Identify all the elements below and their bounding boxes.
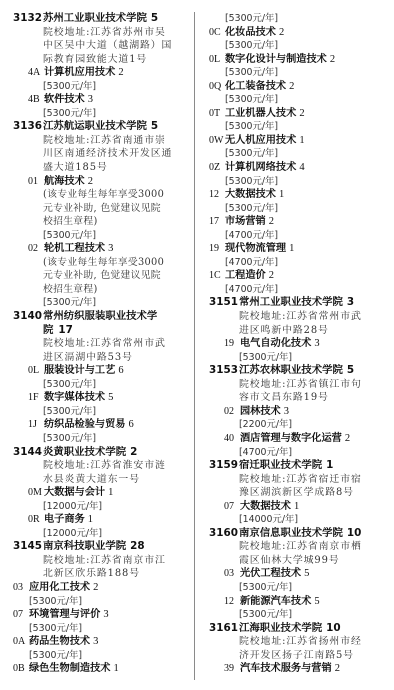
school-quota: 5 — [347, 364, 354, 376]
major-quota: 6 — [118, 365, 123, 376]
major-code: 1C — [209, 269, 225, 283]
major-quota: 2 — [299, 108, 304, 119]
major-name: 大数据与会计 — [44, 487, 105, 498]
right-column: [5300元/年]0C化妆品技术2[5300元/年]0L数字化设计与制造技术2[… — [209, 12, 389, 676]
major-item: 02轮机工程技术3 — [13, 242, 193, 256]
school-header: 3145南京科技职业学院28 — [13, 540, 193, 554]
tuition-fee: [12000元/年] — [13, 500, 193, 514]
tuition-fee: [5300元/年] — [13, 649, 193, 663]
major-code: 12 — [209, 188, 225, 202]
major-code: 0A — [13, 635, 29, 649]
major-name: 纺织品检验与贸易 — [44, 419, 126, 430]
tuition-fee: [4700元/年] — [209, 256, 389, 270]
major-quota: 2 — [330, 54, 335, 65]
major-item: 4B软件技术3 — [13, 93, 193, 107]
major-name: 市场营销 — [225, 216, 266, 227]
school-quota: 10 — [326, 622, 340, 634]
tuition-fee: [2200元/年] — [209, 418, 389, 432]
tuition-fee: [5300元/年] — [13, 432, 193, 446]
major-name: 数字媒体技术 — [44, 392, 105, 403]
school-quota: 28 — [130, 540, 144, 552]
school-name: 南京信息职业技术学院 — [239, 527, 343, 539]
tuition-fee: [4700元/年] — [209, 446, 389, 460]
school-code: 3140 — [13, 310, 43, 324]
tuition-fee: [5300元/年] — [13, 595, 193, 609]
major-item: 0Z计算机网络技术4 — [209, 161, 389, 175]
major-code: 19 — [224, 337, 240, 351]
school-header: 3159宿迁职业技术学院1 — [209, 459, 389, 473]
major-item: 12大数据技术1 — [209, 188, 389, 202]
school-name: 院 — [43, 324, 53, 336]
school-name: 南京科技职业学院 — [43, 540, 126, 552]
major-item: 03光伏工程技术5 — [209, 567, 389, 581]
tuition-fee: [4700元/年] — [209, 283, 389, 297]
major-item: 39汽车技术服务与营销2 — [209, 662, 389, 676]
major-item: 0Q化工装备技术2 — [209, 80, 389, 94]
school-quota: 1 — [326, 459, 333, 471]
major-quota: 2 — [289, 81, 294, 92]
school-quota: 17 — [58, 324, 72, 336]
major-item: 1C工程造价2 — [209, 269, 389, 283]
major-name: 大数据技术 — [240, 501, 291, 512]
major-quota: 3 — [108, 243, 113, 254]
major-code: 02 — [28, 242, 44, 256]
school-header-continued: 院17 — [13, 324, 193, 338]
tuition-fee: [5300元/年] — [209, 147, 389, 161]
major-item: 0A药品生物技术3 — [13, 635, 193, 649]
major-code: 4B — [28, 93, 44, 107]
school-address: 水县炎黄大道东一号 — [13, 473, 193, 487]
major-name: 航海技术 — [44, 176, 85, 187]
major-name: 应用化工技术 — [29, 582, 90, 593]
major-name: 计算机应用技术 — [44, 67, 115, 78]
school-address: 川区南通经济技术开发区通 — [13, 147, 193, 161]
major-item: 0L数字化设计与制造技术2 — [209, 53, 389, 67]
major-code: 39 — [224, 662, 240, 676]
school-header: 3153江苏农林职业技术学院5 — [209, 364, 389, 378]
major-item: 0W无人机应用技术1 — [209, 134, 389, 148]
school-header: 3144炎黄职业技术学院2 — [13, 446, 193, 460]
school-address: 院校地址:江苏省苏州市吴 — [13, 26, 193, 40]
major-quota: 1 — [88, 514, 93, 525]
school-code: 3151 — [209, 296, 239, 310]
major-code: 19 — [209, 242, 225, 256]
major-item: 17市场营销2 — [209, 215, 389, 229]
major-code: 1J — [28, 418, 44, 432]
major-code: 40 — [224, 432, 240, 446]
school-code: 3132 — [13, 12, 43, 26]
tuition-fee: [5300元/年] — [209, 39, 389, 53]
major-code: 01 — [28, 175, 44, 189]
school-address: 容市文昌东路19号 — [209, 391, 389, 405]
major-item: 07大数据技术1 — [209, 500, 389, 514]
major-name: 环境管理与评价 — [29, 609, 100, 620]
major-item: 19现代物流管理1 — [209, 242, 389, 256]
major-code: 0Q — [209, 80, 225, 94]
major-quota: 2 — [269, 270, 274, 281]
tuition-fee: [5300元/年] — [13, 405, 193, 419]
major-quota: 2 — [269, 216, 274, 227]
school-address: 院校地址:江苏省南京市栖 — [209, 540, 389, 554]
major-item: 19电气自动化技术3 — [209, 337, 389, 351]
major-name: 光伏工程技术 — [240, 568, 301, 579]
major-item: 4A计算机应用技术2 — [13, 66, 193, 80]
major-quota: 3 — [88, 94, 93, 105]
major-item: 0T工业机器人技术2 — [209, 107, 389, 121]
major-item: 0L服装设计与工艺6 — [13, 364, 193, 378]
school-header: 3132苏州工业职业技术学院5 — [13, 12, 193, 26]
school-address: 豫区湖滨新区学成路8号 — [209, 486, 389, 500]
major-code: 0M — [28, 486, 44, 500]
school-address: 进区滆湖中路53号 — [13, 351, 193, 365]
major-name: 轮机工程技术 — [44, 243, 105, 254]
left-column: 3132苏州工业职业技术学院5院校地址:江苏省苏州市吴中区吴中大道（越湖路）国际… — [13, 12, 193, 676]
school-address: 院校地址:江苏省南通市崇 — [13, 134, 193, 148]
tuition-fee: [5300元/年] — [209, 175, 389, 189]
major-code: 07 — [224, 500, 240, 514]
major-code: 12 — [224, 595, 240, 609]
major-quota: 3 — [314, 338, 319, 349]
major-name: 酒店管理与数字化运营 — [240, 433, 342, 444]
school-name: 常州工业职业技术学院 — [239, 296, 343, 308]
major-note: (该专业每生每年享受3000 — [13, 256, 193, 270]
major-name: 绿色生物制造技术 — [29, 663, 111, 674]
major-quota: 3 — [284, 406, 289, 417]
school-address: 院校地址:江苏省南京市江 — [13, 554, 193, 568]
school-address: 济开发区扬子江南路5号 — [209, 649, 389, 663]
school-code: 3161 — [209, 622, 239, 636]
major-name: 化妆品技术 — [225, 27, 276, 38]
school-code: 3144 — [13, 446, 43, 460]
major-code: 03 — [224, 567, 240, 581]
major-code: 0Z — [209, 161, 225, 175]
school-name: 江苏航运职业技术学院 — [43, 120, 147, 132]
major-quota: 4 — [299, 162, 304, 173]
school-quota: 5 — [151, 12, 158, 24]
tuition-fee: [5300元/年] — [209, 12, 389, 26]
major-item: 01航海技术2 — [13, 175, 193, 189]
school-code: 3160 — [209, 527, 239, 541]
major-quota: 5 — [314, 596, 319, 607]
major-item: 0C化妆品技术2 — [209, 26, 389, 40]
tuition-fee: [5300元/年] — [209, 608, 389, 622]
major-name: 计算机网络技术 — [225, 162, 296, 173]
school-address: 院校地址:江苏省常州市武 — [209, 310, 389, 324]
major-quota: 2 — [279, 27, 284, 38]
school-header: 3136江苏航运职业技术学院5 — [13, 120, 193, 134]
tuition-fee: [5300元/年] — [209, 66, 389, 80]
major-quota: 1 — [114, 663, 119, 674]
major-quota: 1 — [279, 189, 284, 200]
school-name: 宿迁职业技术学院 — [239, 459, 322, 471]
school-address: 院校地址:江苏省扬州市经 — [209, 635, 389, 649]
major-quota: 2 — [93, 582, 98, 593]
major-name: 数字化设计与制造技术 — [225, 54, 327, 65]
major-quota: 1 — [108, 487, 113, 498]
school-address: 院校地址:江苏省宿迁市宿 — [209, 473, 389, 487]
major-name: 园林技术 — [240, 406, 281, 417]
major-code: 07 — [13, 608, 29, 622]
major-code: 0L — [209, 53, 225, 67]
major-quota: 3 — [103, 609, 108, 620]
major-quota: 2 — [88, 176, 93, 187]
tuition-fee: [5300元/年] — [209, 351, 389, 365]
school-address: 盛大道185号 — [13, 161, 193, 175]
major-code: 0T — [209, 107, 225, 121]
school-quota: 3 — [347, 296, 354, 308]
major-item: 0M大数据与会计1 — [13, 486, 193, 500]
school-address: 院校地址:江苏省常州市武 — [13, 337, 193, 351]
tuition-fee: [4700元/年] — [209, 229, 389, 243]
tuition-fee: [5300元/年] — [13, 229, 193, 243]
tuition-fee: [5300元/年] — [13, 378, 193, 392]
major-quota: 1 — [289, 243, 294, 254]
major-code: 4A — [28, 66, 44, 80]
major-code: 1F — [28, 391, 44, 405]
major-code: 0W — [209, 134, 225, 148]
school-name: 江海职业技术学院 — [239, 622, 322, 634]
major-note: (该专业每生每年享受3000 — [13, 188, 193, 202]
major-code: 0C — [209, 26, 225, 40]
major-code: 0B — [13, 662, 29, 676]
major-quota: 5 — [304, 568, 309, 579]
major-quota: 5 — [108, 392, 113, 403]
tuition-fee: [5300元/年] — [13, 107, 193, 121]
major-note: 元专业补助, 色觉建议见院 — [13, 202, 193, 216]
school-header: 3140常州纺织服装职业技术学 — [13, 310, 193, 324]
school-code: 3136 — [13, 120, 43, 134]
major-quota: 2 — [335, 663, 340, 674]
tuition-fee: [5300元/年] — [209, 202, 389, 216]
major-item: 40酒店管理与数字化运营2 — [209, 432, 389, 446]
school-name: 常州纺织服装职业技术学 — [43, 310, 157, 322]
major-name: 药品生物技术 — [29, 636, 90, 647]
school-address: 中区吴中大道（越湖路）国 — [13, 39, 193, 53]
school-address: 霞区仙林大学城99号 — [209, 554, 389, 568]
school-quota: 2 — [130, 446, 137, 458]
major-item: 02园林技术3 — [209, 405, 389, 419]
school-name: 炎黄职业技术学院 — [43, 446, 126, 458]
school-quota: 5 — [151, 120, 158, 132]
tuition-fee: [5300元/年] — [13, 80, 193, 94]
major-code: 02 — [224, 405, 240, 419]
school-name: 苏州工业职业技术学院 — [43, 12, 147, 24]
major-note: 元专业补助, 色觉建议见院 — [13, 269, 193, 283]
major-name: 电子商务 — [44, 514, 85, 525]
tuition-fee: [5300元/年] — [209, 93, 389, 107]
school-header: 3151常州工业职业技术学院3 — [209, 296, 389, 310]
major-code: 03 — [13, 581, 29, 595]
major-quota: 2 — [118, 67, 123, 78]
major-item: 07环境管理与评价3 — [13, 608, 193, 622]
major-name: 无人机应用技术 — [225, 135, 296, 146]
major-item: 12新能源汽车技术5 — [209, 595, 389, 609]
major-quota: 6 — [129, 419, 134, 430]
tuition-fee: [12000元/年] — [13, 527, 193, 541]
major-code: 17 — [209, 215, 225, 229]
tuition-fee: [5300元/年] — [209, 581, 389, 595]
major-item: 1F数字媒体技术5 — [13, 391, 193, 405]
tuition-fee: [5300元/年] — [13, 296, 193, 310]
major-name: 化工装备技术 — [225, 81, 286, 92]
major-quota: 2 — [345, 433, 350, 444]
major-name: 电气自动化技术 — [240, 338, 311, 349]
major-name: 工业机器人技术 — [225, 108, 296, 119]
school-code: 3159 — [209, 459, 239, 473]
column-divider — [194, 12, 195, 680]
school-quota: 10 — [347, 527, 361, 539]
school-address: 际教育园致能大道1号 — [13, 53, 193, 67]
major-code: 0R — [28, 513, 44, 527]
major-quota: 1 — [299, 135, 304, 146]
major-name: 现代物流管理 — [225, 243, 286, 254]
major-name: 软件技术 — [44, 94, 85, 105]
major-item: 1J纺织品检验与贸易6 — [13, 418, 193, 432]
school-name: 江苏农林职业技术学院 — [239, 364, 343, 376]
school-code: 3145 — [13, 540, 43, 554]
school-header: 3161江海职业技术学院10 — [209, 622, 389, 636]
tuition-fee: [14000元/年] — [209, 513, 389, 527]
major-item: 0B绿色生物制造技术1 — [13, 662, 193, 676]
school-address: 进区鸣新中路28号 — [209, 324, 389, 338]
school-address: 院校地址:江苏省淮安市涟 — [13, 459, 193, 473]
tuition-fee: [5300元/年] — [13, 622, 193, 636]
major-item: 03应用化工技术2 — [13, 581, 193, 595]
tuition-fee: [5300元/年] — [209, 120, 389, 134]
major-name: 服装设计与工艺 — [44, 365, 115, 376]
school-code: 3153 — [209, 364, 239, 378]
major-quota: 3 — [93, 636, 98, 647]
school-address: 北新区欣乐路188号 — [13, 567, 193, 581]
school-header: 3160南京信息职业技术学院10 — [209, 527, 389, 541]
major-name: 新能源汽车技术 — [240, 596, 311, 607]
major-quota: 1 — [294, 501, 299, 512]
major-code: 0L — [28, 364, 44, 378]
major-name: 大数据技术 — [225, 189, 276, 200]
major-note: 校招生章程) — [13, 215, 193, 229]
major-name: 工程造价 — [225, 270, 266, 281]
major-item: 0R电子商务1 — [13, 513, 193, 527]
school-address: 院校地址:江苏省镇江市句 — [209, 378, 389, 392]
major-note: 校招生章程) — [13, 283, 193, 297]
major-name: 汽车技术服务与营销 — [240, 663, 332, 674]
